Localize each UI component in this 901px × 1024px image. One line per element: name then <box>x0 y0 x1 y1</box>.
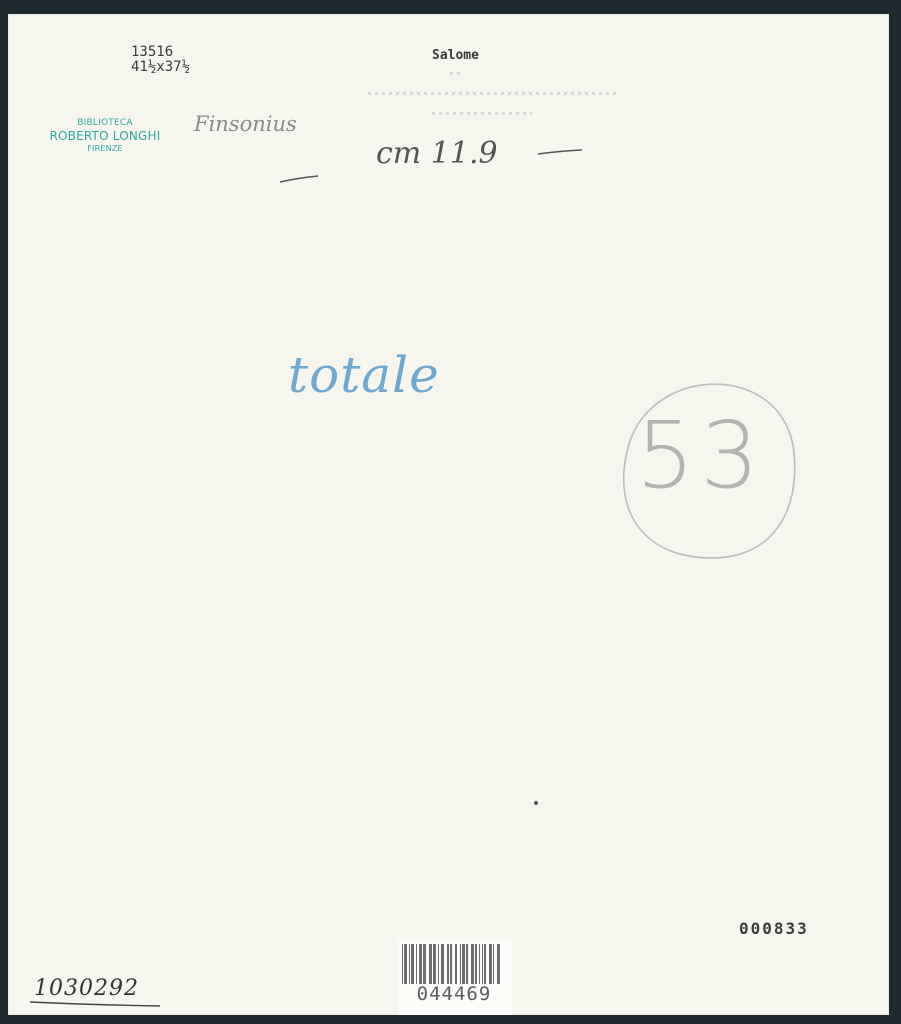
pencil-dash-right <box>536 146 586 158</box>
ink-speck <box>534 801 538 805</box>
inventory-number: 13516 <box>131 45 190 60</box>
faded-typed-line <box>450 72 464 75</box>
stamp-line-2: ROBERTO LONGHI <box>36 129 174 143</box>
circled-number: 53 <box>636 402 765 509</box>
barcode-number: 044469 <box>398 983 510 1005</box>
barcode-label: 044469 <box>398 940 512 1015</box>
handwritten-bottom-number: 1030292 <box>34 976 139 1001</box>
stamp-line-3: FIRENZE <box>36 143 174 155</box>
stamp-line-1: BIBLIOTECA <box>36 117 174 129</box>
pencil-underline <box>28 1000 164 1008</box>
handwritten-blue-note: totale <box>288 346 440 404</box>
dimensions: 41½x37½ <box>131 60 190 75</box>
typed-title: Salome <box>432 48 479 63</box>
handwritten-artist: Finsonius <box>194 112 297 136</box>
library-stamp: BIBLIOTECA ROBERTO LONGHI FIRENZE <box>36 117 174 155</box>
stamped-number: 000833 <box>739 921 809 936</box>
barcode-bars <box>402 944 500 984</box>
typed-header-left: 13516 41½x37½ <box>131 45 190 75</box>
handwritten-measurement: cm 11.9 <box>376 136 498 171</box>
pencil-dash-left <box>278 172 322 186</box>
faded-typed-line <box>432 112 532 115</box>
faded-typed-line <box>368 92 618 95</box>
